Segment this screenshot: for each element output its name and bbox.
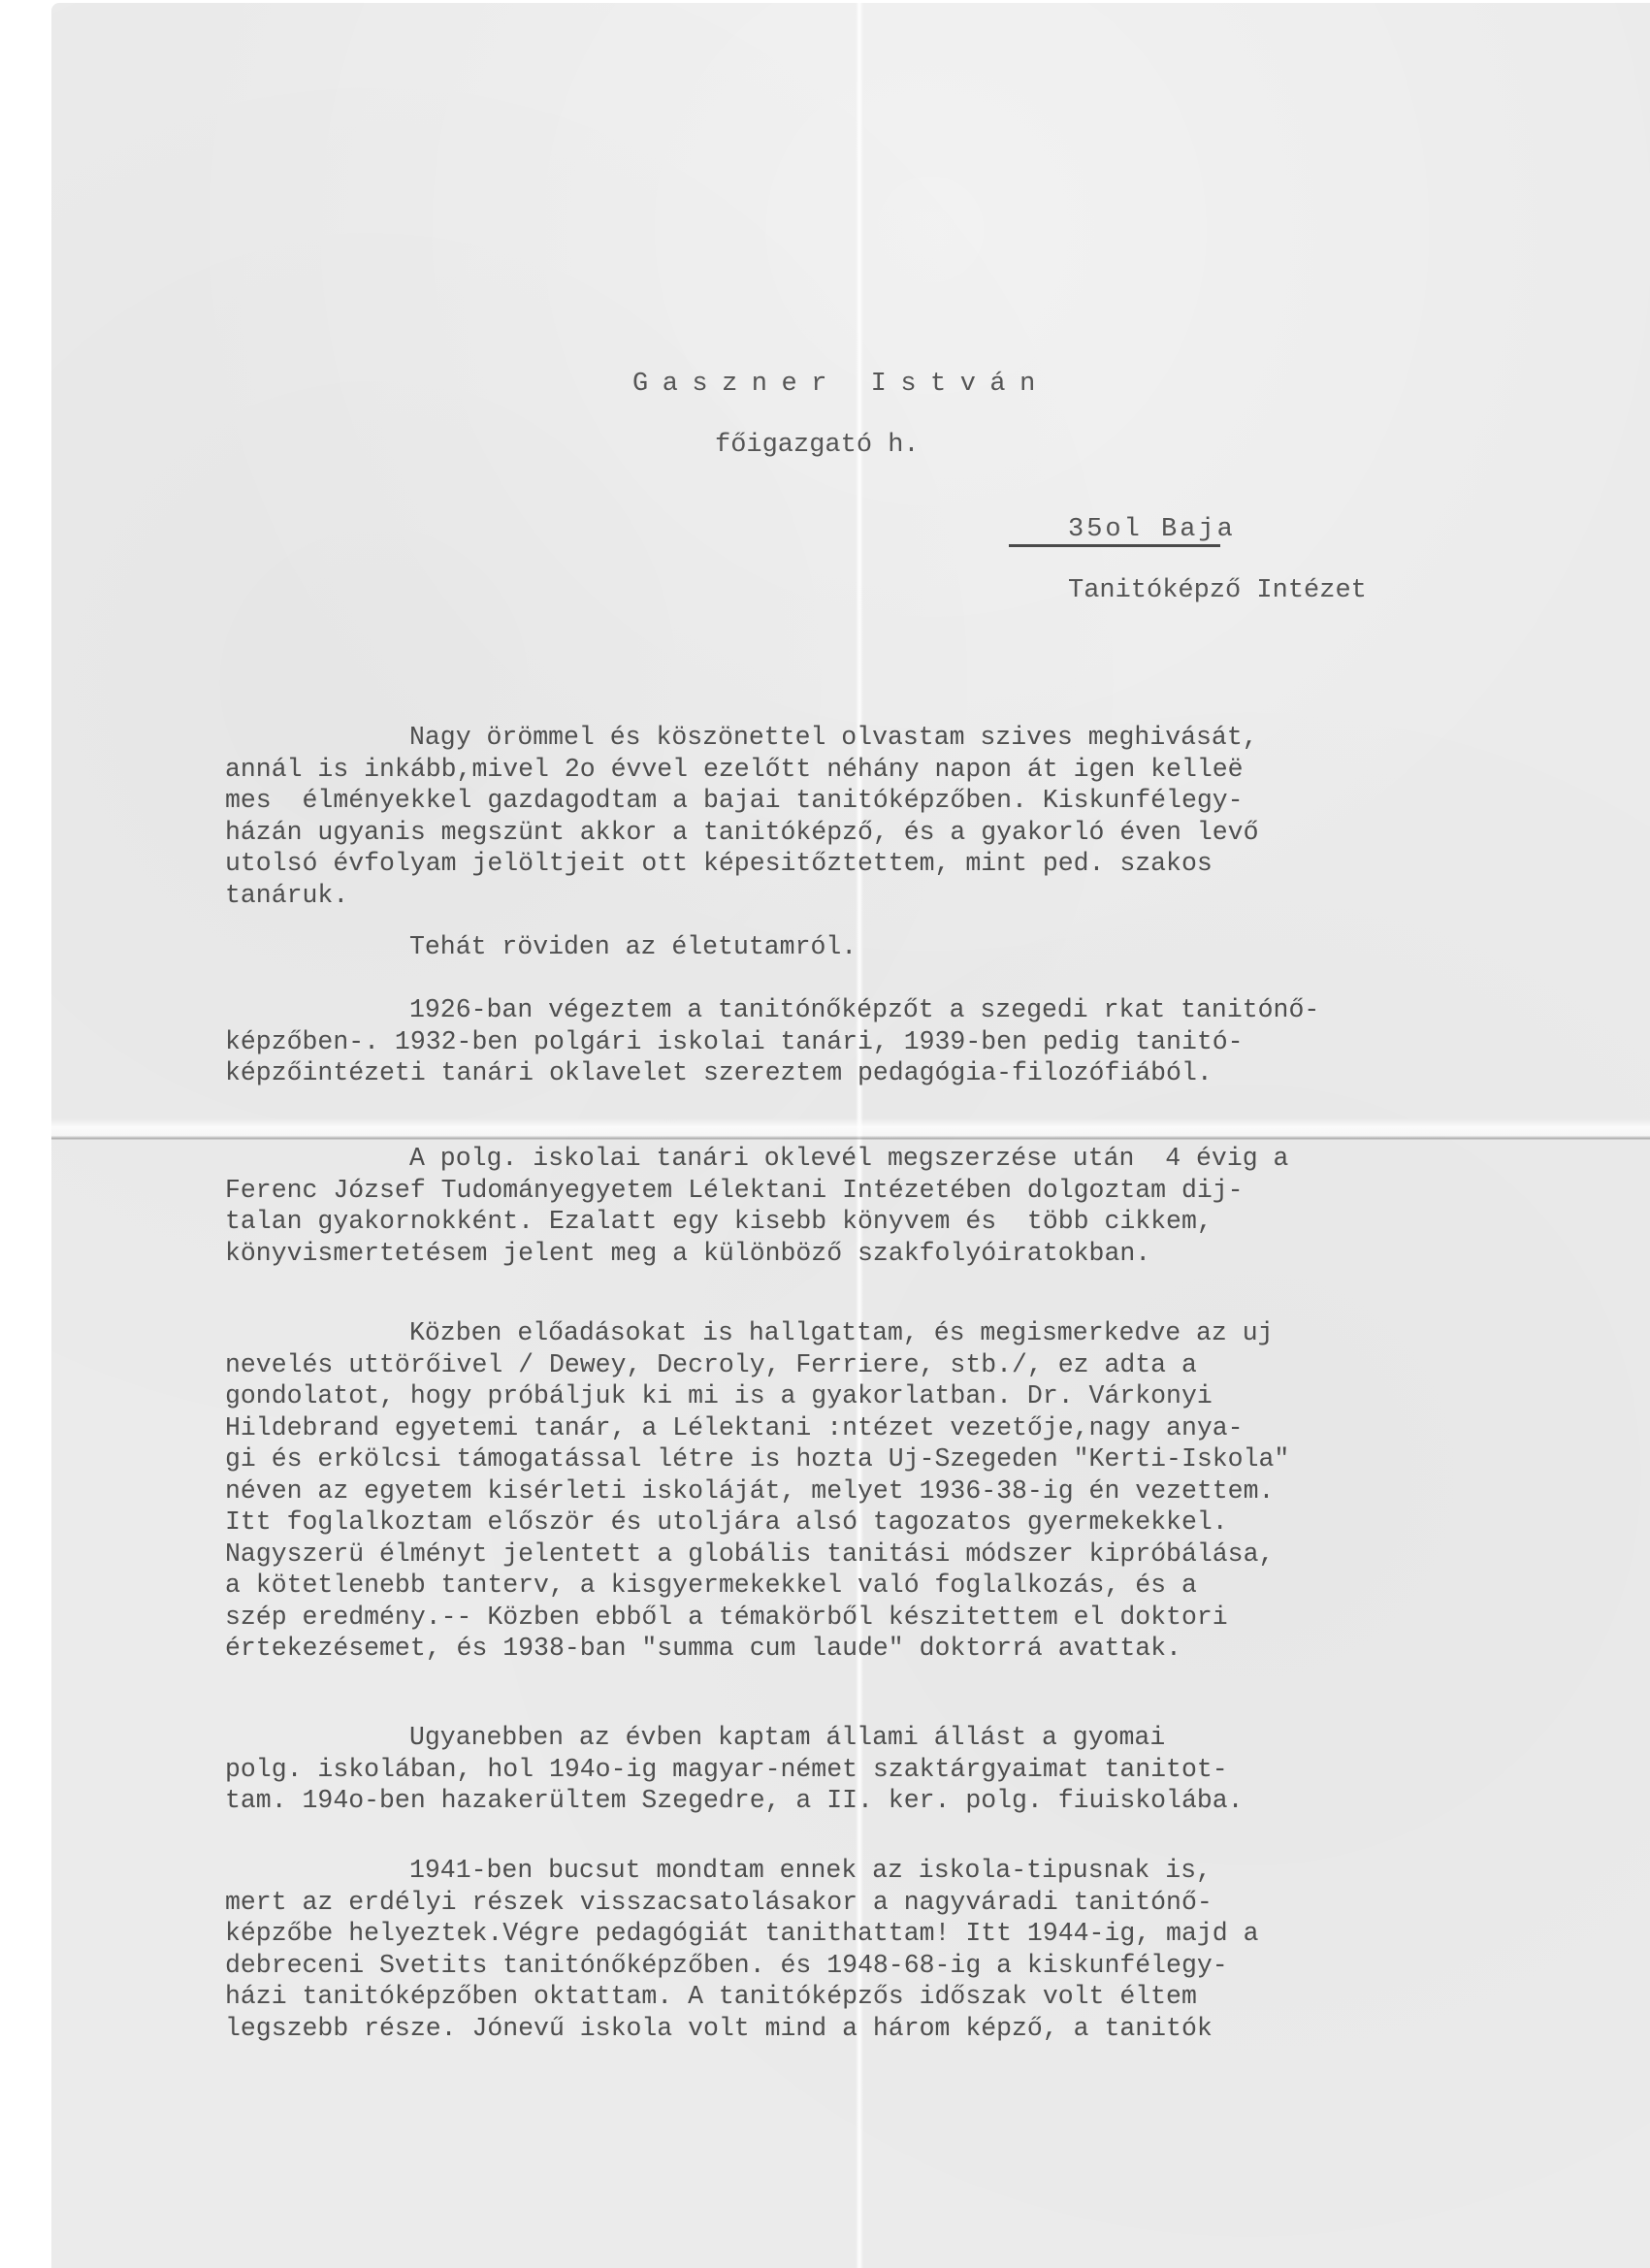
- text-line: tam. 194o-ben hazakerültem Szegedre, a I…: [225, 1785, 1244, 1817]
- text-line: házi tanitóképzőben oktattam. A tanitóké…: [225, 1981, 1197, 2013]
- text-line: Itt foglalkoztam először és utoljára als…: [225, 1507, 1228, 1539]
- text-line: utolsó évfolyam jelöltjeit ott képesitőz…: [225, 848, 1213, 880]
- text-line: mert az erdélyi részek visszacsatolásako…: [225, 1887, 1213, 1919]
- text-line: annál is inkább,mivel 2o évvel ezelőtt n…: [225, 754, 1244, 786]
- text-line: képzőintézeti tanári oklavelet szereztem…: [225, 1057, 1213, 1089]
- text-line: értekezésemet, és 1938-ban "summa cum la…: [225, 1633, 1181, 1665]
- sender-title: főigazgató h.: [715, 430, 920, 462]
- text-line: házán ugyanis megszünt akkor a tanitókép…: [225, 817, 1258, 849]
- recipient-underline: [1009, 544, 1220, 547]
- text-line: Hildebrand egyetemi tanár, a Lélektani :…: [225, 1412, 1244, 1444]
- text-line: gondolatot, hogy próbáljuk ki mi is a gy…: [225, 1380, 1213, 1412]
- text-line: Nagyszerü élményt jelentett a globális t…: [225, 1539, 1274, 1571]
- text-line: képzőbe helyeztek.Végre pedagógiát tanit…: [225, 1918, 1258, 1950]
- letter-content: Gaszner István főigazgató h. 35ol Baja T…: [51, 3, 1650, 2268]
- text-line: néven az egyetem kisérleti iskoláját, me…: [225, 1475, 1274, 1507]
- text-line: a kötetlenebb tanterv, a kisgyermekekkel…: [225, 1570, 1197, 1602]
- recipient-city: 35ol Baja: [1068, 514, 1236, 546]
- text-line: Ugyanebben az évben kaptam állami állást…: [409, 1722, 1165, 1754]
- recipient-institution: Tanitóképző Intézet: [1068, 575, 1367, 607]
- text-line: Nagy örömmel és köszönettel olvastam szi…: [409, 722, 1258, 754]
- text-line: debreceni Svetits tanitónőképzőben. és 1…: [225, 1950, 1228, 1982]
- text-line: A polg. iskolai tanári oklevél megszerzé…: [409, 1143, 1288, 1175]
- text-line: szép eredmény.-- Közben ebből a témakörb…: [225, 1602, 1228, 1634]
- text-line: gi és erkölcsi támogatással létre is hoz…: [225, 1443, 1289, 1475]
- text-line: 1941-ben bucsut mondtam ennek az iskola-…: [409, 1855, 1212, 1887]
- text-line: polg. iskolában, hol 194o-ig magyar-néme…: [225, 1754, 1228, 1786]
- text-line: 1926-ban végeztem a tanitónőképzőt a sze…: [409, 994, 1319, 1026]
- letter-page: Gaszner István főigazgató h. 35ol Baja T…: [51, 3, 1650, 2268]
- text-line: mes élményekkel gazdagodtam a bajai tani…: [225, 785, 1244, 817]
- text-line: könyvismertetésem jelent meg a különböző…: [225, 1238, 1150, 1270]
- text-line: Ferenc József Tudományegyetem Lélektani …: [225, 1175, 1244, 1207]
- text-line: legszebb része. Jónevű iskola volt mind …: [225, 2013, 1213, 2045]
- text-line: Közben előadásokat is hallgattam, és meg…: [409, 1317, 1274, 1349]
- text-line: képzőben-. 1932-ben polgári iskolai taná…: [225, 1026, 1244, 1058]
- sender-name: Gaszner István: [632, 369, 1050, 401]
- text-line: tanáruk.: [225, 880, 348, 912]
- text-line: Tehát röviden az életutamról.: [409, 931, 857, 963]
- text-line: talan gyakornokként. Ezalatt egy kisebb …: [225, 1206, 1213, 1238]
- text-line: nevelés uttörőivel / Dewey, Decroly, Fer…: [225, 1349, 1197, 1381]
